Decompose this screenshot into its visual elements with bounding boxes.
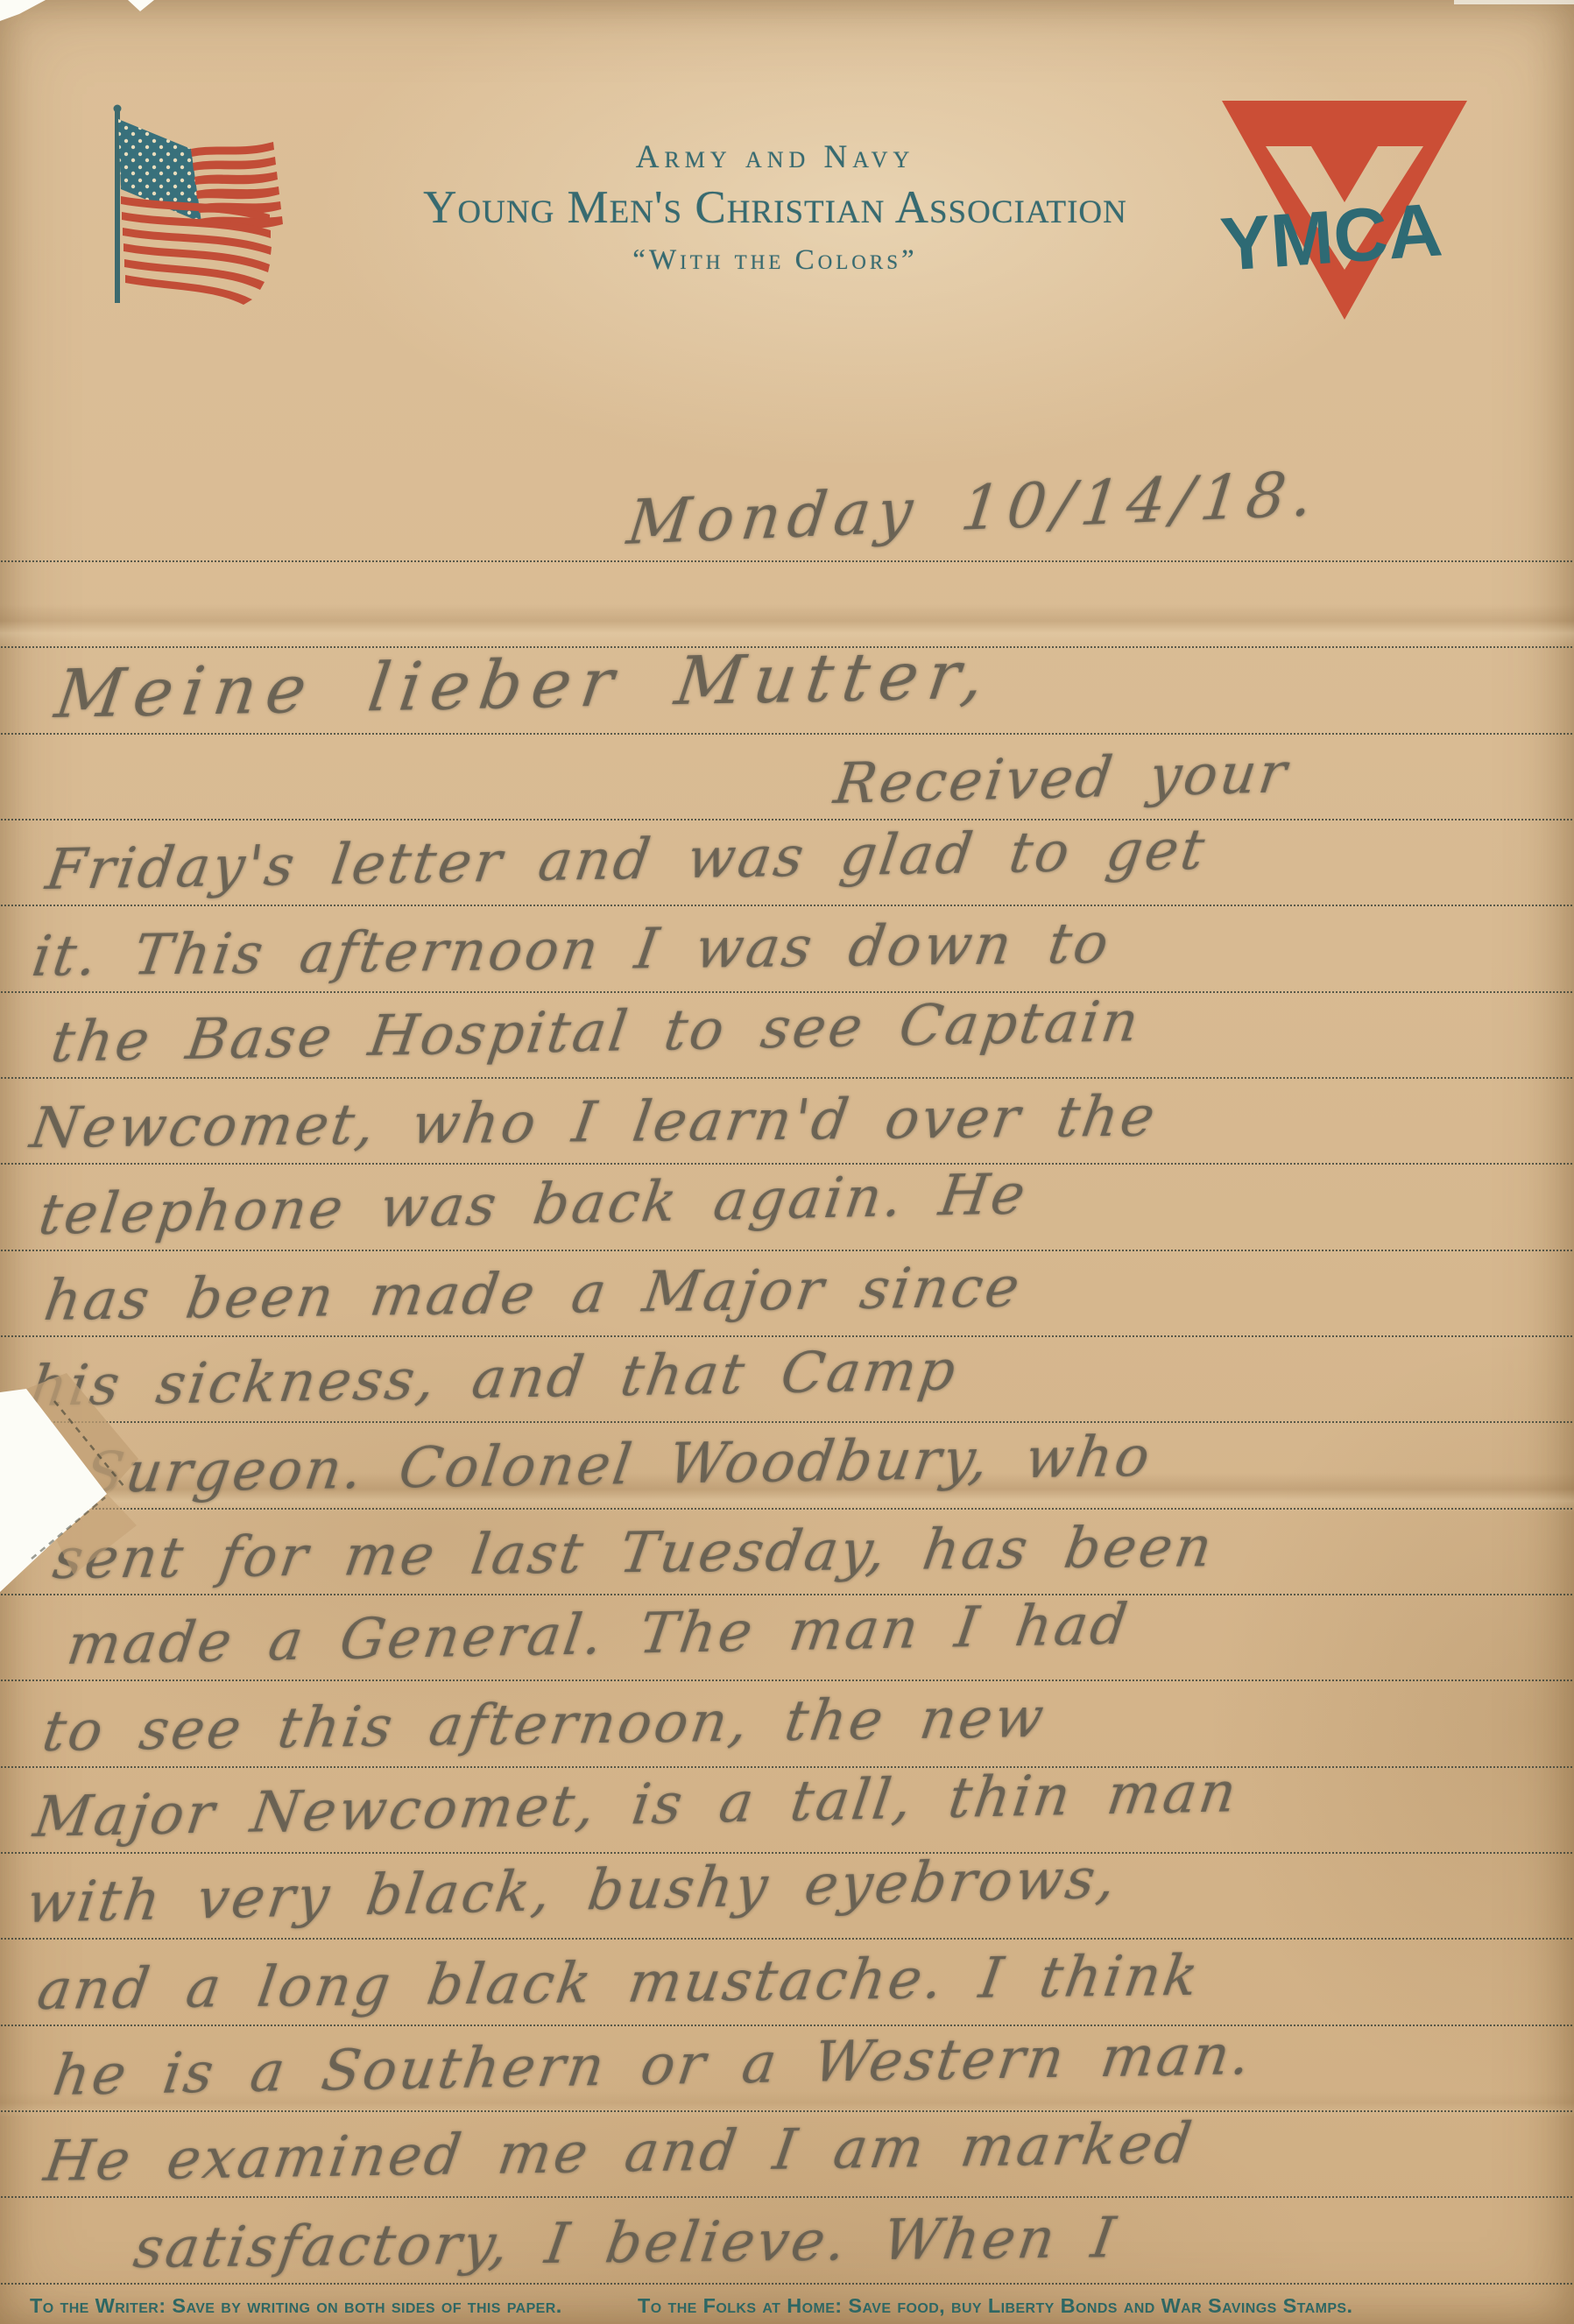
ruled-line (0, 2110, 1574, 2112)
letterhead: Army and Navy Young Men's Christian Asso… (333, 138, 1218, 277)
handwriting-line: Newcomet, who I learn'd over the (26, 1084, 1161, 1161)
ruled-line (0, 2196, 1574, 2198)
letterhead-small-title: Army and Navy (333, 138, 1218, 176)
handwriting-line: sent for me last Tuesday, has been (49, 1515, 1218, 1592)
ruled-line (0, 1766, 1574, 1768)
ruled-line (0, 991, 1574, 993)
ruled-line (0, 560, 1574, 562)
ruled-line (0, 1250, 1574, 1251)
ruled-line (0, 1421, 1574, 1423)
ymca-logo-icon: YMCA (1213, 90, 1476, 328)
handwriting-line: satisfactory, I believe. When I (130, 2206, 1122, 2281)
handwriting-line: Received your (830, 741, 1293, 817)
ruled-line (0, 733, 1574, 735)
ruled-line (0, 2025, 1574, 2026)
ruled-line (0, 1594, 1574, 1595)
handwriting-line: has been made a Major since (40, 1255, 1026, 1334)
ruled-line (0, 1335, 1574, 1337)
handwriting-line: it. This afternoon I was down to (28, 912, 1115, 989)
ymca-logo-text: YMCA (1218, 187, 1444, 286)
ruled-line (0, 1163, 1574, 1165)
footer-note-writer: To the Writer: Save by writing on both s… (30, 2294, 562, 2318)
us-flag-icon (95, 98, 305, 308)
ruled-line (0, 1508, 1574, 1510)
ruled-line (0, 1077, 1574, 1079)
ruled-line (0, 819, 1574, 820)
footer-note-home: To the Folks at Home: Save food, buy Lib… (638, 2294, 1352, 2318)
letterhead-main-title: Young Men's Christian Association (333, 181, 1218, 234)
ruled-line (0, 1938, 1574, 1940)
ruled-line (0, 2283, 1574, 2285)
ruled-line (0, 905, 1574, 906)
letterhead-motto: “With the Colors” (333, 244, 1218, 277)
ruled-line (0, 1680, 1574, 1681)
